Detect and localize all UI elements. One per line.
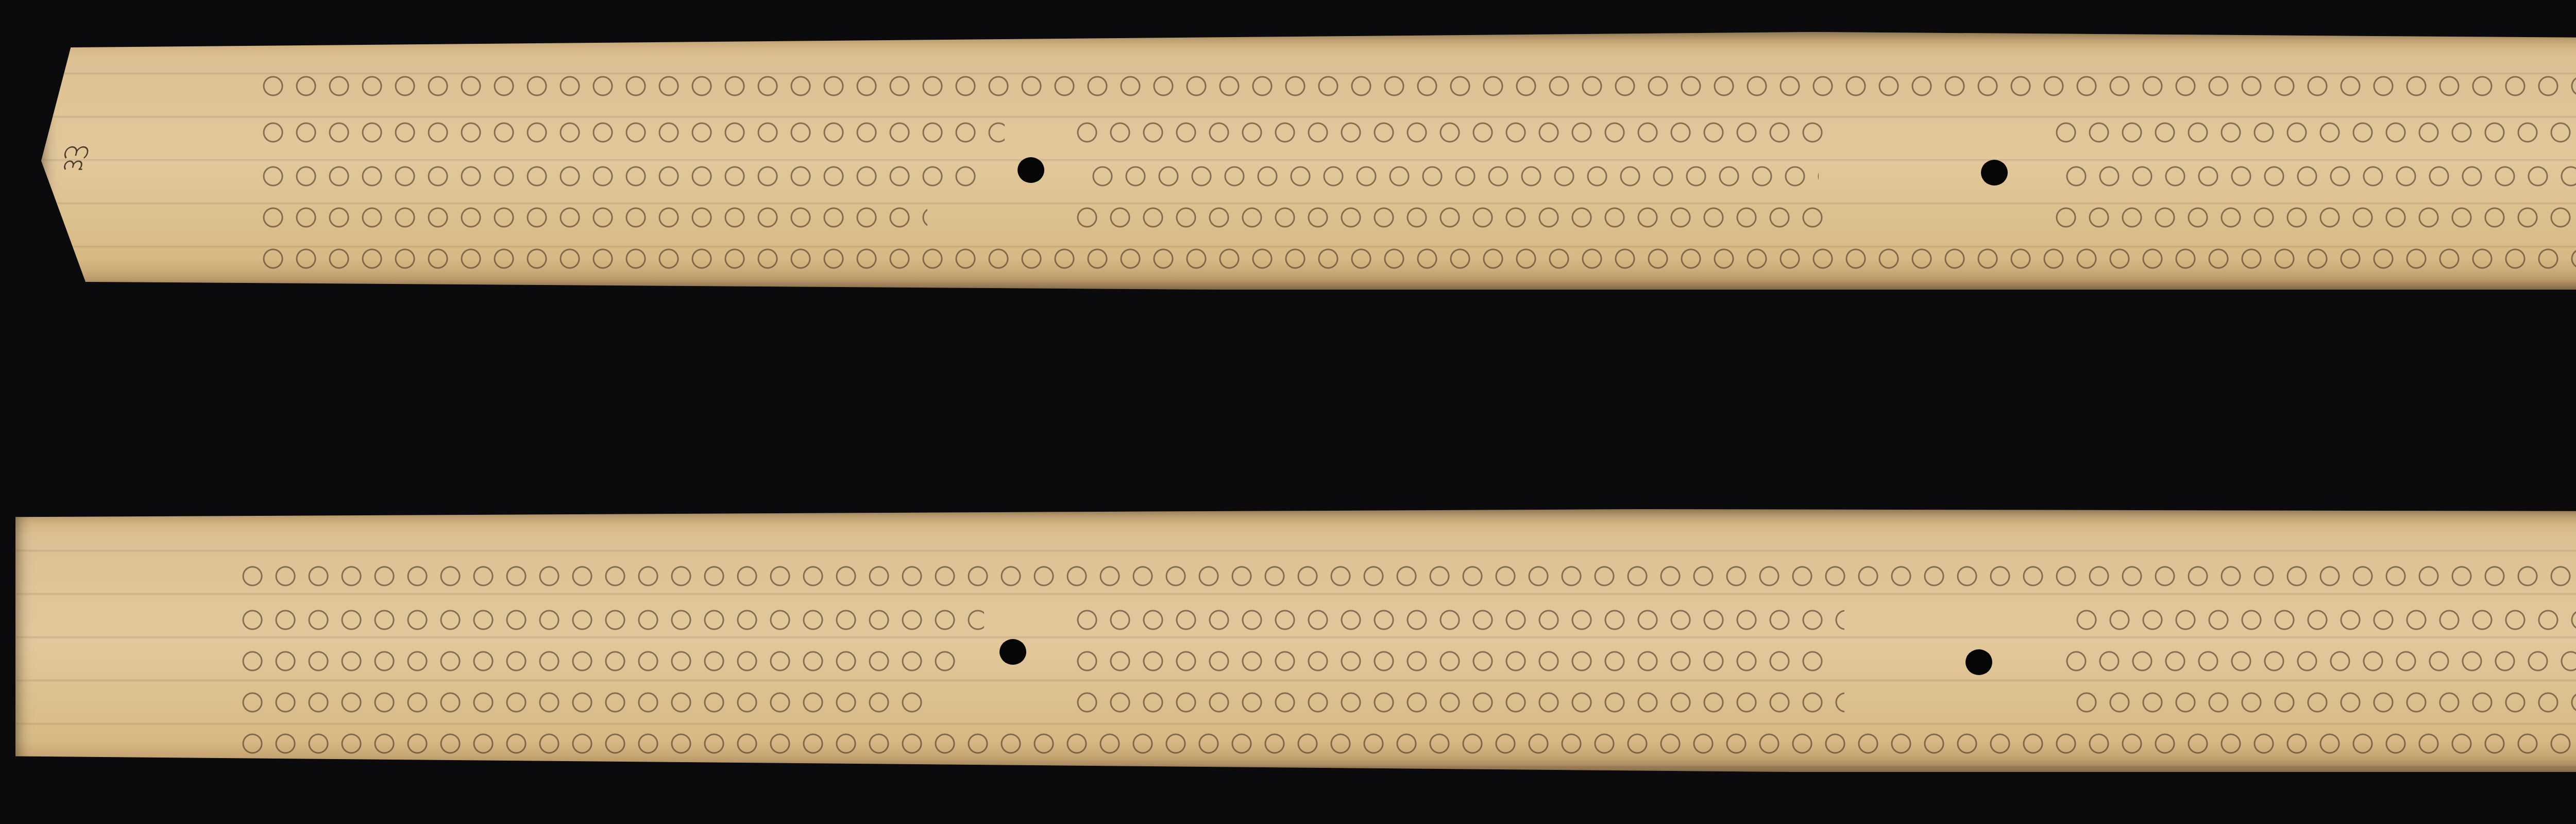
binding-hole — [1981, 160, 2008, 186]
text-line-2b — [1072, 117, 1834, 148]
text-line-3c — [2061, 161, 2576, 192]
leaf-margin-label: ဣ — [62, 132, 88, 172]
text-line-2c — [2050, 117, 2576, 148]
text-line-2a — [258, 117, 1005, 148]
text-line-4a — [237, 687, 933, 718]
text-line-1 — [237, 561, 2576, 592]
text-line-3c — [2061, 646, 2576, 677]
text-line-3b — [1087, 161, 1819, 192]
text-line-4c — [2050, 202, 2576, 233]
text-line-2c — [2071, 604, 2576, 635]
text-line-2b — [1072, 604, 1844, 635]
text-line-4c — [2071, 687, 2576, 718]
text-line-4a — [258, 202, 927, 233]
text-line-1 — [258, 71, 2576, 102]
palm-leaf-top: ဣ — [41, 32, 2576, 290]
palm-leaf-bottom — [15, 509, 2576, 772]
text-line-2a — [237, 604, 984, 635]
text-line-3a — [258, 161, 979, 192]
text-line-4b — [1072, 202, 1824, 233]
binding-hole — [1018, 157, 1044, 183]
binding-hole — [1965, 649, 1992, 675]
binding-hole — [999, 639, 1026, 665]
text-line-5 — [258, 243, 2576, 274]
text-line-4b — [1072, 687, 1844, 718]
text-line-3b — [1072, 646, 1834, 677]
text-line-5 — [237, 728, 2576, 759]
text-line-3a — [237, 646, 958, 677]
